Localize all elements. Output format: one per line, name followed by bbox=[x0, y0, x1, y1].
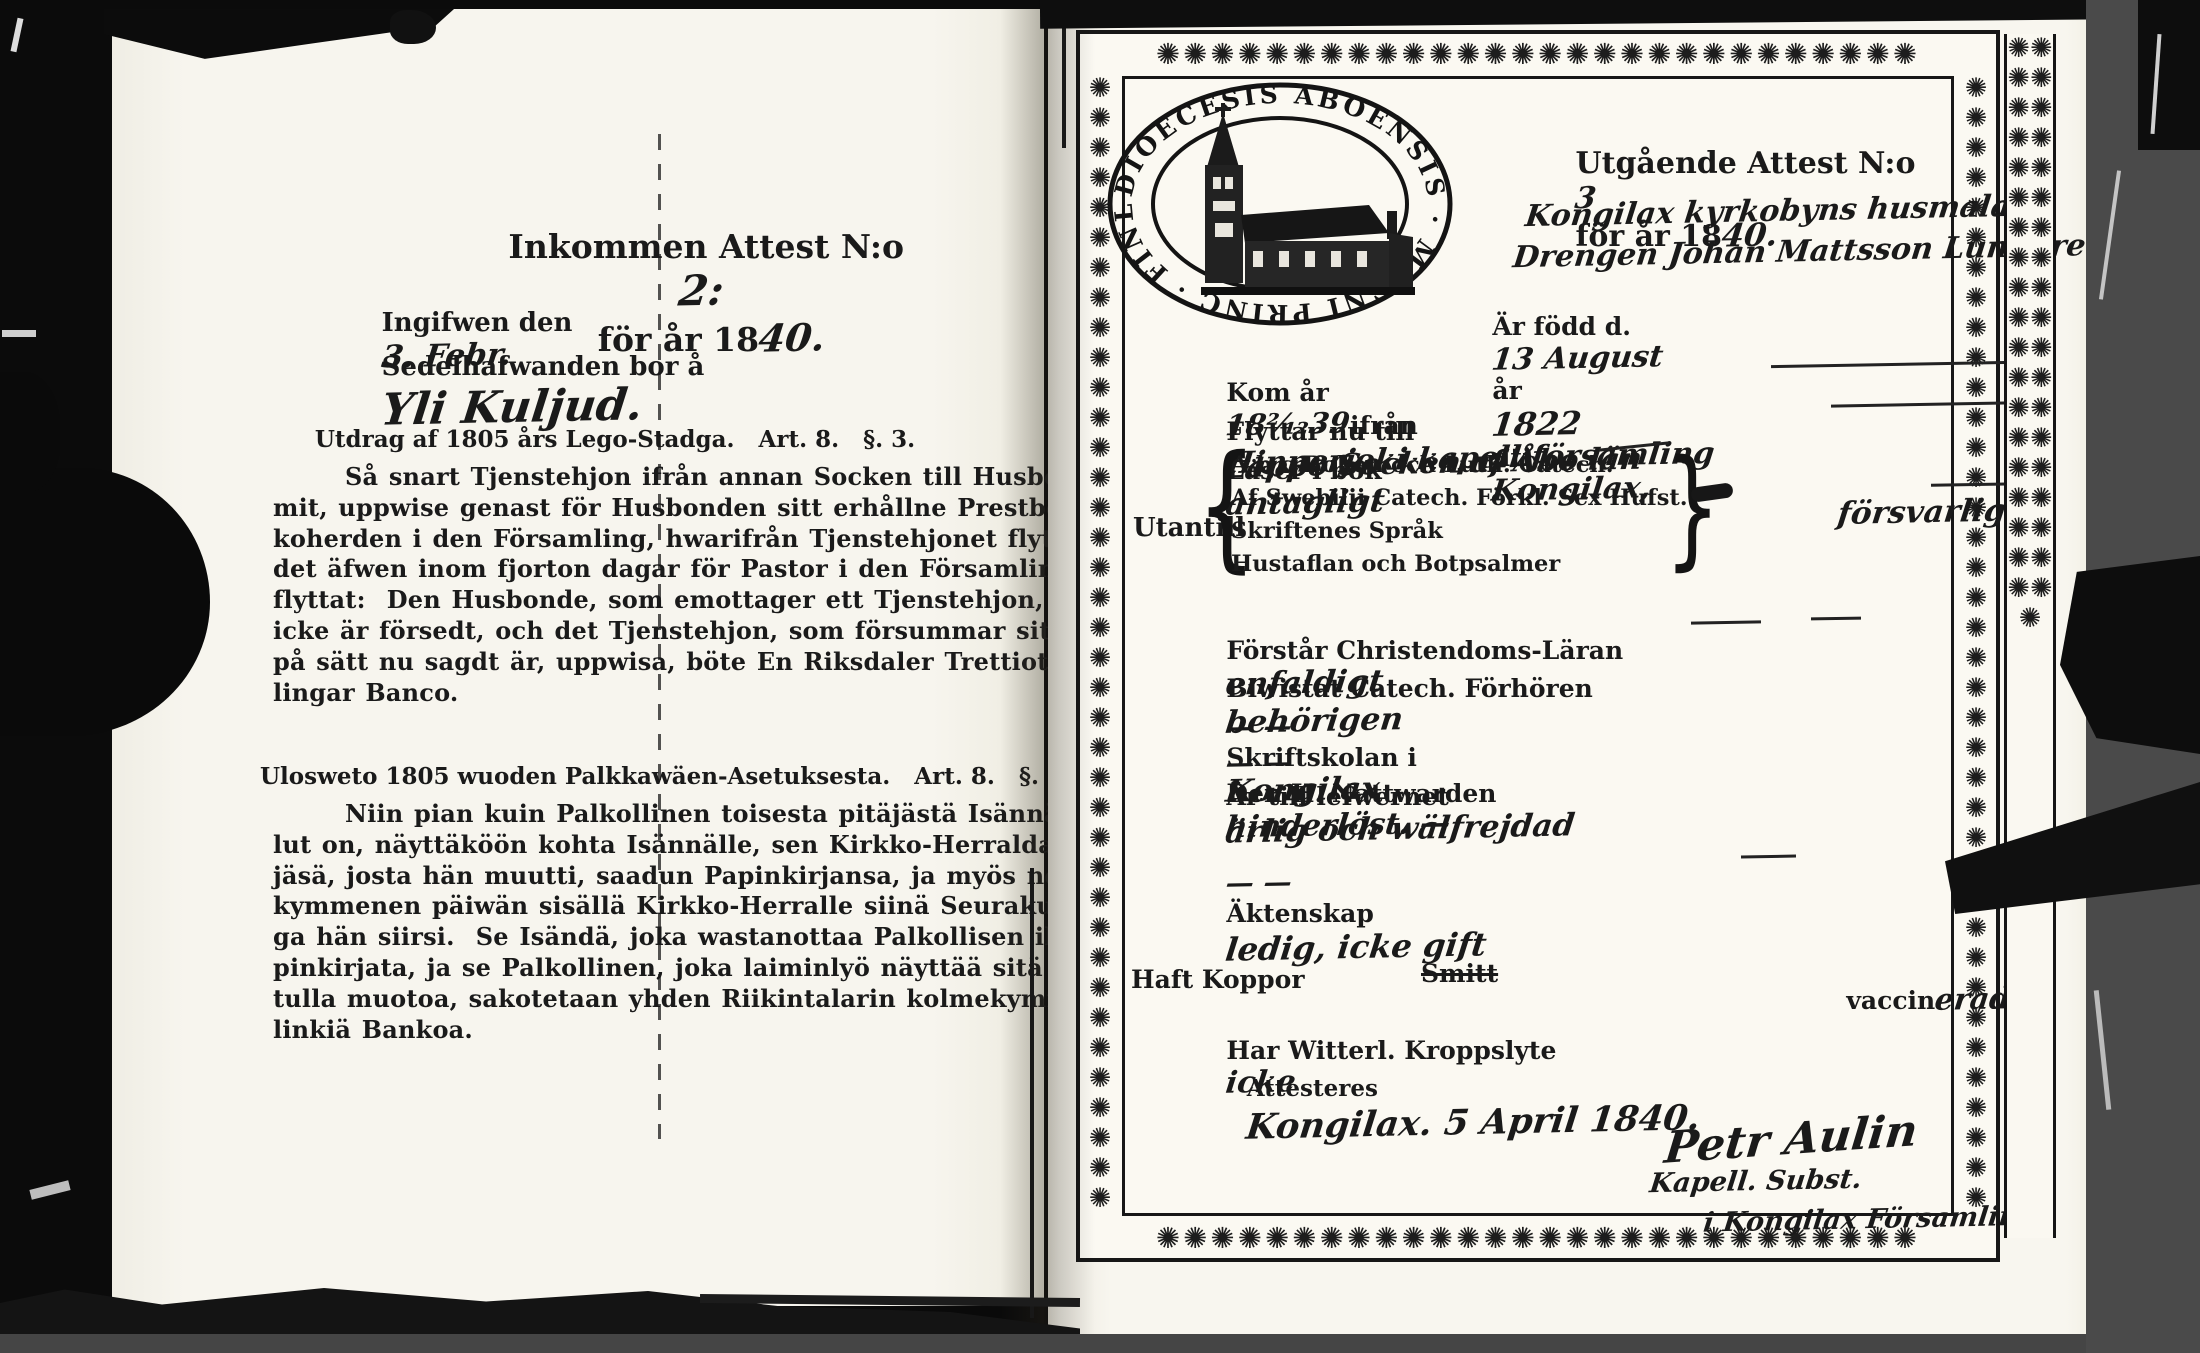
text-line: ga hän siirsi. Se Isändä, joka wastanott… bbox=[273, 922, 1018, 953]
right-page: ✺✺✺✺✺✺✺✺✺✺✺✺✺✺✺✺✺✺✺✺✺✺✺✺✺✺✺✺ ✺✺✺✺✺✺✺✺✺✺✺… bbox=[1048, 18, 2108, 1334]
stacked-page-edge: ✺✺✺✺✺✺✺✺✺✺✺✺✺✺✺✺✺✺✺✺✺✺✺✺✺✺✺✺✺✺✺✺✺✺✺✺✺✺✺ bbox=[2004, 34, 2056, 1238]
text-line: flyttat: Den Husbonde, som emottager ett… bbox=[273, 585, 1018, 616]
text-line: koherden i den Församling, hwarifrån Tje… bbox=[273, 524, 1018, 555]
text-line: kymmenen päiwän sisällä Kirkko-Herralle … bbox=[273, 891, 1018, 922]
left-page: Inkommen Attest N:o 2: för år 1840. Ingi… bbox=[110, 6, 1044, 1306]
certificate-content: DIOECESIS ABOENSIS · MAGNI PRINC · FINL … bbox=[1131, 85, 1945, 1207]
film-scratch bbox=[2151, 34, 2162, 134]
text-line: pinkirjata, ja se Palkollinen, joka laim… bbox=[273, 953, 1018, 984]
koppor-label: Haft Koppor bbox=[1131, 965, 1305, 994]
signature-place-line: i Kongilax Församling. bbox=[1609, 1175, 2047, 1264]
utantill-brace-right: } bbox=[1664, 434, 1720, 579]
attesteres-label: Attesteres bbox=[1247, 1075, 1378, 1102]
signature-place: i Kongilax Församling. bbox=[1702, 1200, 2049, 1238]
aktenskap-label: Äktenskap bbox=[1226, 899, 1373, 928]
utantill-result: försvarligt. bbox=[1743, 465, 2031, 559]
text-line: Niin pian kuin Palkollinen toisesta pitä… bbox=[273, 799, 1018, 830]
text-line: Hustaflan och Botpsalmer bbox=[1231, 548, 1688, 581]
text-line: linkiä Bankoa. bbox=[273, 1015, 1018, 1046]
vaccin-printed: vaccin bbox=[1846, 986, 1935, 1015]
certificate-inner-frame: DIOECESIS ABOENSIS · MAGNI PRINC · FINL … bbox=[1122, 76, 1954, 1216]
text-line: lingar Banco. bbox=[273, 678, 1018, 709]
text-line: tulla muotoa, sakotetaan yhden Riikintal… bbox=[273, 984, 1018, 1015]
swedish-heading: Utdrag af 1805 års Lego-Stadga. Art. 8. … bbox=[260, 426, 970, 453]
film-edge-left bbox=[0, 0, 112, 1353]
certificate-frame: ✺✺✺✺✺✺✺✺✺✺✺✺✺✺✺✺✺✺✺✺✺✺✺✺✺✺✺✺ ✺✺✺✺✺✺✺✺✺✺✺… bbox=[1076, 30, 2000, 1262]
film-scratch bbox=[11, 18, 24, 53]
holder-label: Sedelhafwanden bor å bbox=[382, 352, 705, 382]
left-header-year: 40. bbox=[756, 314, 828, 360]
film-scratch bbox=[2, 330, 36, 337]
text-line: Så snart Tjenstehjon ifrån annan Socken … bbox=[273, 462, 1018, 493]
text-line: det äfwen inom fjorton dagar för Pastor … bbox=[273, 554, 1018, 585]
text-line: på sätt nu sagdt är, uppwisa, böte En Ri… bbox=[273, 647, 1018, 678]
aktenskap-ditto: — — bbox=[1224, 865, 1294, 899]
film-scratch bbox=[29, 1180, 70, 1199]
left-header-number: 2: bbox=[676, 266, 727, 316]
koppor-smitt: Smitt bbox=[1421, 959, 1498, 988]
ink-blotch bbox=[0, 372, 60, 492]
born-label1: Är född d. bbox=[1492, 312, 1631, 341]
text-line: icke är försedt, och det Tjenstehjon, so… bbox=[273, 616, 1018, 647]
tape-mark bbox=[2138, 0, 2200, 150]
forstar-dash2 bbox=[1811, 617, 1861, 621]
swedish-paragraph: Så snart Tjenstehjon ifrån annan Socken … bbox=[273, 462, 1018, 708]
utantill-items: A b c-Boken och Luth. Catech.Af Swebilii… bbox=[1231, 449, 1688, 581]
microfilm-scan: Inkommen Attest N:o 2: för år 1840. Ingi… bbox=[0, 0, 2200, 1353]
text-line: Af Swebilii Catech. Förkl. Sex Hufst. bbox=[1231, 482, 1688, 515]
left-header-label: Inkommen Attest N:o bbox=[508, 227, 904, 266]
aktenskap-dash-line bbox=[1741, 855, 1796, 859]
film-edge-bottom bbox=[0, 1334, 2200, 1353]
koppor-vaccinated: vaccinerad, bbox=[1751, 953, 2021, 1046]
finnish-heading: Ulosweto 1805 wuoden Palkkawäen-Asetukse… bbox=[260, 763, 970, 790]
text-line: A b c-Boken och Luth. Catech. bbox=[1231, 449, 1688, 482]
finnish-paragraph: Niin pian kuin Palkollinen toisesta pitä… bbox=[273, 799, 1018, 1045]
forstar-dash1 bbox=[1691, 620, 1761, 624]
rosette-border-top: ✺✺✺✺✺✺✺✺✺✺✺✺✺✺✺✺✺✺✺✺✺✺✺✺✺✺✺✺ bbox=[1083, 36, 1993, 72]
text-line: Skriftenes Språk bbox=[1231, 515, 1688, 548]
text-line: jäsä, josta hän muutti, saadun Papinkirj… bbox=[273, 861, 1018, 892]
lefwernet-label: Är till lefwernet bbox=[1226, 782, 1448, 811]
text-line: mit, uppwise genast för Husbonden sitt e… bbox=[273, 493, 1018, 524]
text-line: lut on, näyttäköön kohta Isännälle, sen … bbox=[273, 830, 1018, 861]
